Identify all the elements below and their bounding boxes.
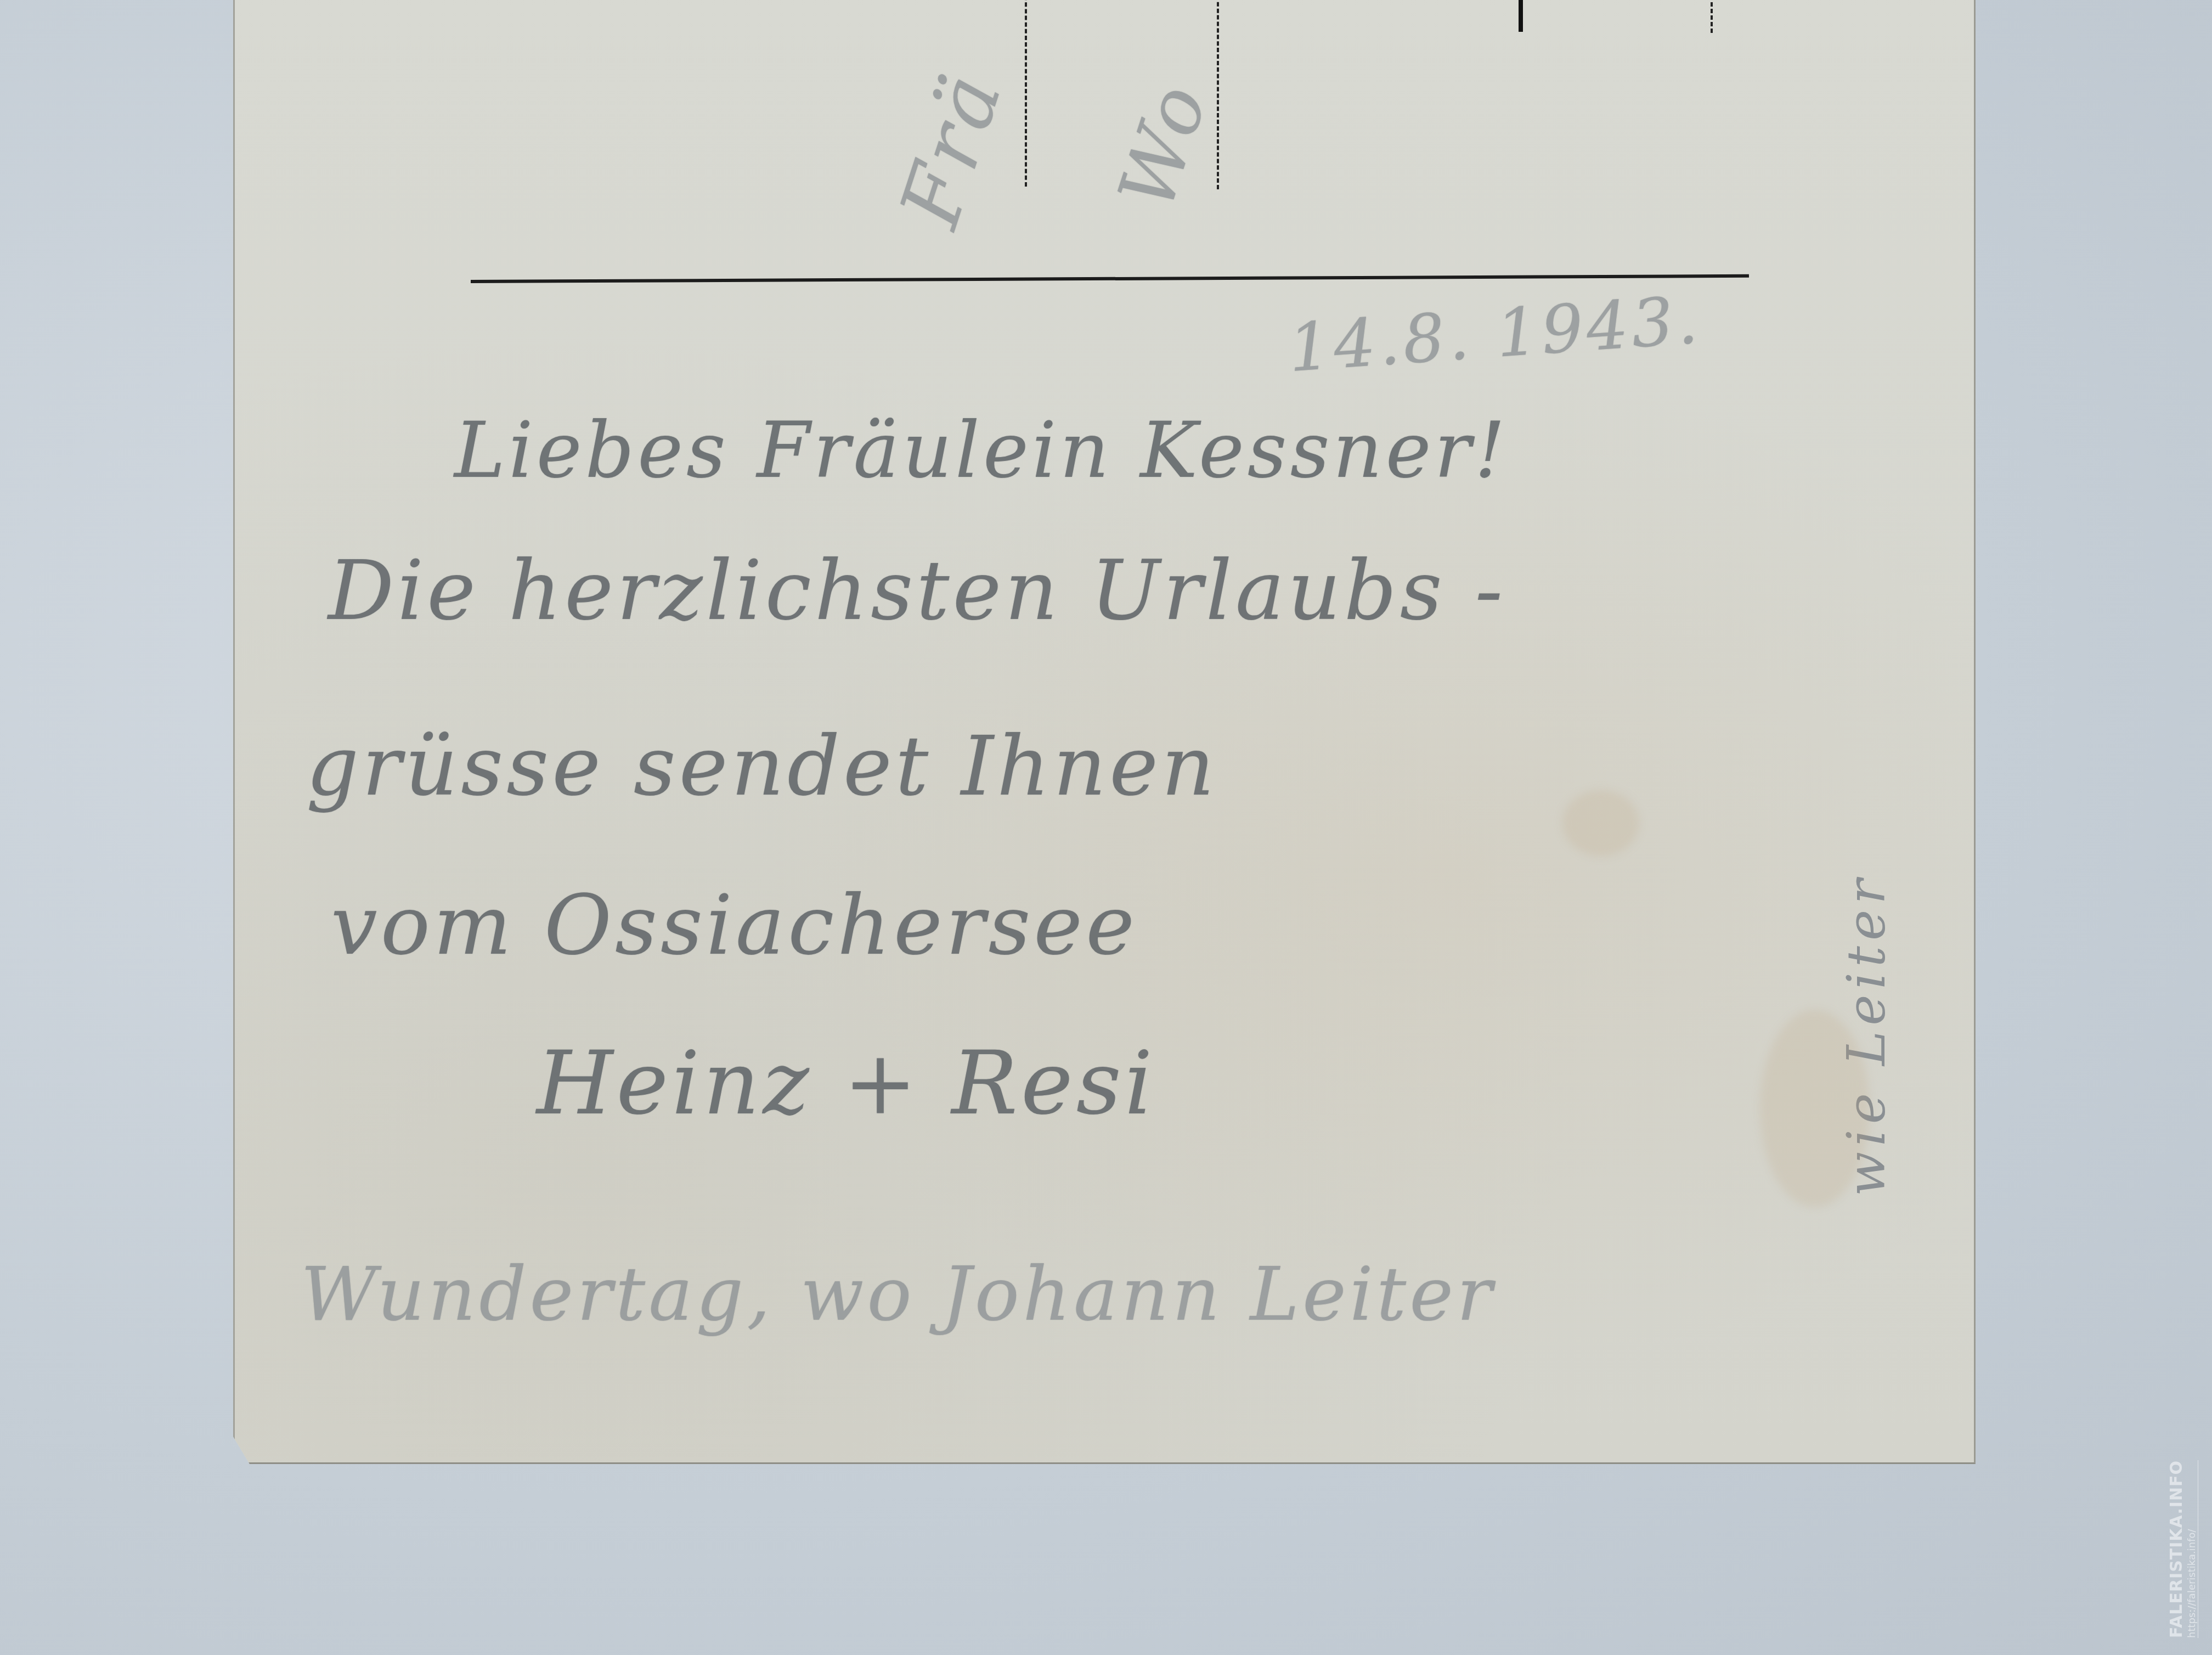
printed-tick xyxy=(1519,0,1523,32)
stain xyxy=(1760,1010,1870,1207)
signature: Heinz + Resi xyxy=(537,1032,1156,1134)
watermark-brand: FALERISTIKA.INFO xyxy=(2167,1460,2186,1638)
postcard: Frä Wo 14.8. 1943. Liebes Fräulein Kessn… xyxy=(233,0,1976,1464)
salutation: Liebes Fräulein Kessner! xyxy=(454,406,1509,496)
dashed-divider-1 xyxy=(1025,0,1027,187)
letter-line-1: Die herzlichsten Urlaubs - xyxy=(328,543,1506,639)
dashed-divider-3 xyxy=(1711,0,1713,33)
watermark: FALERISTIKA.INFO https://faleristika.inf… xyxy=(2167,1460,2198,1638)
watermark-url: https://faleristika.info/ xyxy=(2186,1460,2198,1638)
printed-rule xyxy=(471,274,1749,283)
letter-date: 14.8. 1943. xyxy=(1286,282,1703,387)
top-fragment-left: Frä xyxy=(882,61,1021,238)
letter-line-2: grüsse sendet Ihnen xyxy=(306,719,1218,814)
top-fragment-right: Wo xyxy=(1102,72,1226,220)
stain xyxy=(1562,790,1639,856)
bottom-note: Wundertag, wo Johann Leiter xyxy=(301,1251,1496,1337)
letter-line-3: vom Ossiachersee xyxy=(331,878,1138,973)
dashed-divider-2 xyxy=(1217,0,1219,189)
